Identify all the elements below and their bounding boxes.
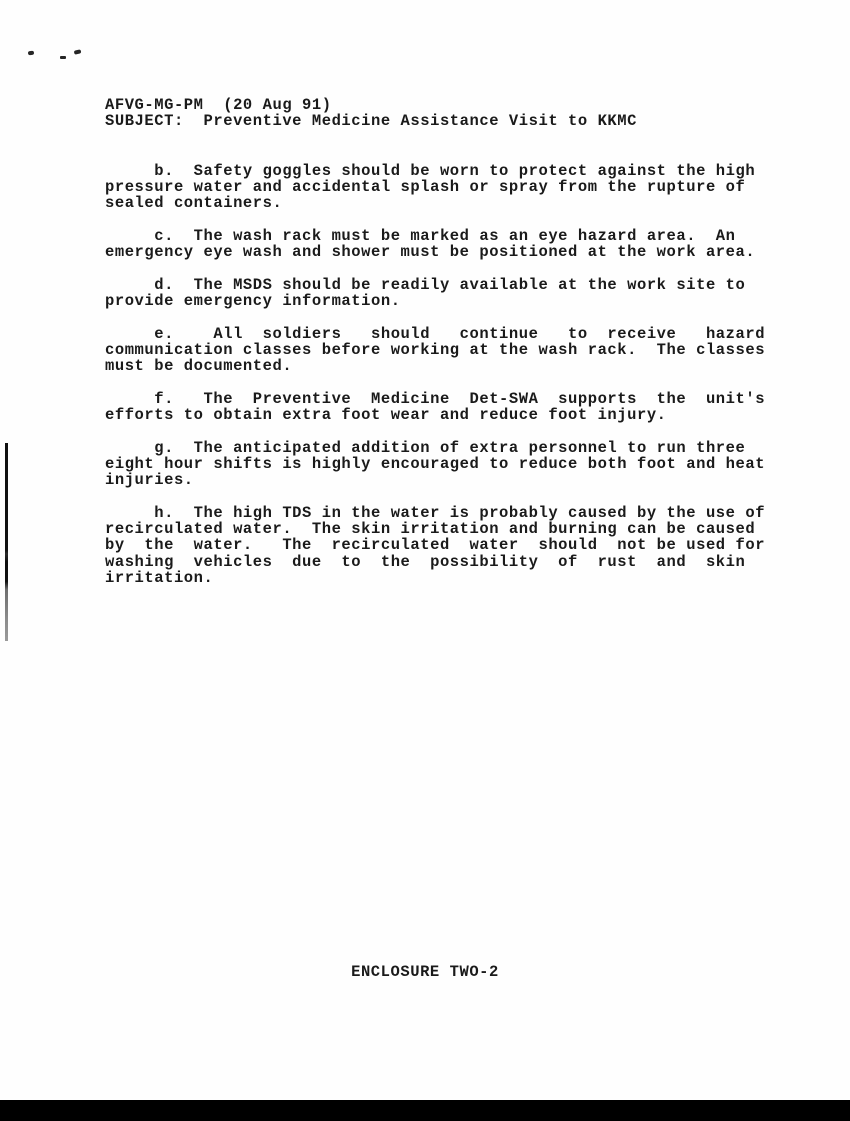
enclosure-label: ENCLOSURE TWO-2 [0, 964, 850, 980]
scan-edge-line-artifact [5, 443, 8, 641]
scan-speck-icon [60, 56, 66, 59]
scan-bottom-edge-artifact [0, 1100, 850, 1121]
scan-speck-icon [74, 49, 82, 54]
scan-speck-icon [28, 51, 34, 56]
paragraph-d: d. The MSDS should be readily available … [105, 277, 785, 310]
subject-line: SUBJECT: Preventive Medicine Assistance … [105, 113, 785, 129]
paragraph-c: c. The wash rack must be marked as an ey… [105, 228, 785, 261]
paragraph-f: f. The Preventive Medicine Det-SWA suppo… [105, 391, 785, 424]
paragraph-g: g. The anticipated addition of extra per… [105, 440, 785, 489]
office-symbol-date-line: AFVG-MG-PM (20 Aug 91) [105, 97, 785, 113]
paragraph-e: e. All soldiers should continue to recei… [105, 326, 785, 375]
paragraph-h: h. The high TDS in the water is probably… [105, 505, 785, 586]
memo-body: AFVG-MG-PM (20 Aug 91) SUBJECT: Preventi… [105, 97, 785, 586]
paragraph-b: b. Safety goggles should be worn to prot… [105, 163, 785, 212]
scanned-memo-page: AFVG-MG-PM (20 Aug 91) SUBJECT: Preventi… [0, 0, 850, 1121]
